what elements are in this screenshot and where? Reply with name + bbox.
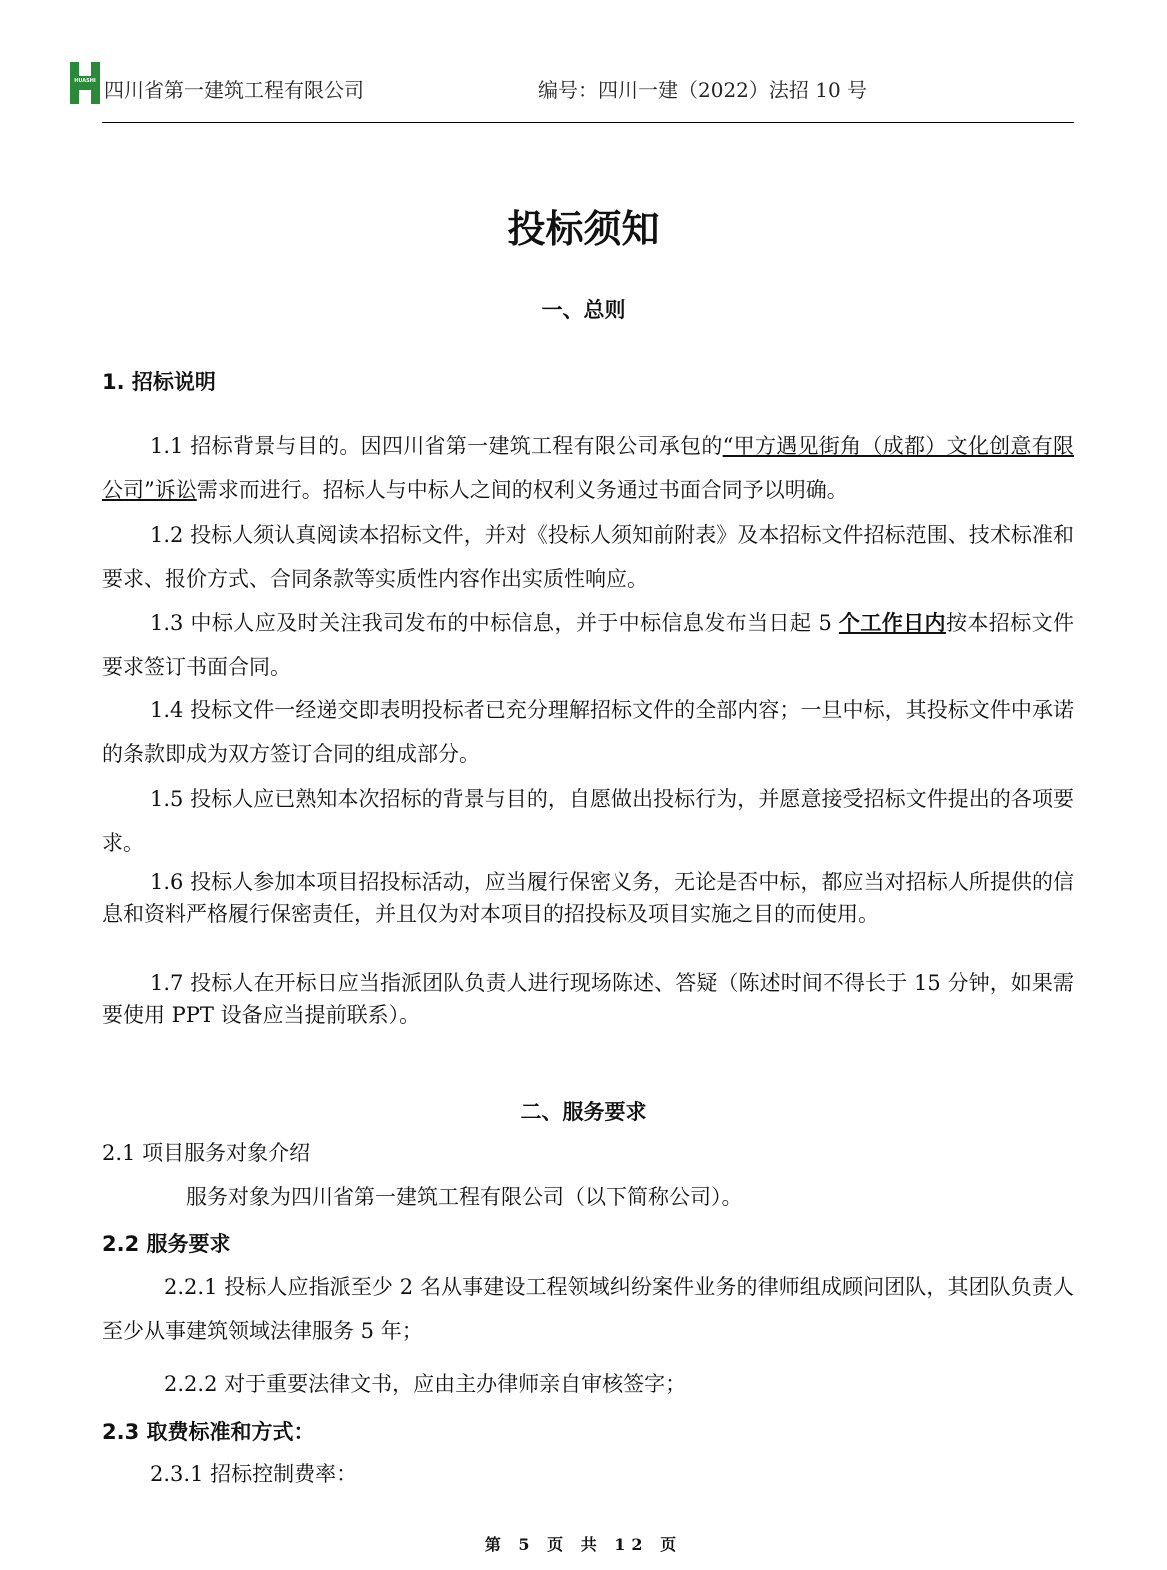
clause-1-6: 1.6 投标人参加本项目招投标活动，应当履行保密义务，无论是否中标，都应当对招标… [102, 866, 1074, 930]
section-1-heading: 一、总则 [0, 294, 1167, 324]
clause-1-5: 1.5 投标人应已熟知本次招标的背景与目的，自愿做出投标行为，并愿意接受招标文件… [102, 777, 1074, 865]
deadline-emphasis: 个工作日内 [839, 611, 946, 635]
clause-2-3-title: 2.3 取费标准和方式： [102, 1416, 315, 1446]
section-2-heading: 二、服务要求 [0, 1096, 1167, 1126]
clause-1-3: 1.3 中标人应及时关注我司发布的中标信息，并于中标信息发布当日起 5 个工作日… [102, 601, 1074, 689]
header-company: 四川省第一建筑工程有限公司 [104, 74, 364, 103]
logo-text: HUASHI [70, 78, 100, 84]
clause-1-2: 1.2 投标人须认真阅读本招标文件，并对《投标人须知前附表》及本招标文件招标范围… [102, 513, 1074, 601]
page-number: 第 5 页 共 12 页 [0, 1532, 1167, 1555]
company-logo: HUASHI [70, 62, 100, 104]
clause-2-2-1: 2.2.1 投标人应指派至少 2 名从事建设工程领域纠纷案件业务的律师组成顾问团… [102, 1265, 1074, 1353]
clause-2-2-title: 2.2 服务要求 [102, 1228, 231, 1258]
header-divider [102, 122, 1074, 123]
header-doc-number: 编号：四川一建（2022）法招 10 号 [538, 74, 867, 103]
clause-1-1: 1.1 招标背景与目的。因四川省第一建筑工程有限公司承包的“甲方遇见街角（成都）… [102, 424, 1074, 512]
clause-2-1-text: 服务对象为四川省第一建筑工程有限公司（以下简称公司）。 [186, 1175, 1066, 1219]
clause-1-4: 1.4 投标文件一经递交即表明投标者已充分理解招标文件的全部内容；一旦中标，其投… [102, 688, 1074, 776]
clause-1-7: 1.7 投标人在开标日应当指派团队负责人进行现场陈述、答疑（陈述时间不得长于 1… [102, 967, 1074, 1031]
page-title: 投标须知 [0, 198, 1167, 253]
clause-2-2-2: 2.2.2 对于重要法律文书，应由主办律师亲自审核签字； [164, 1362, 1064, 1406]
clause-2-3-1: 2.3.1 招标控制费率： [150, 1452, 1050, 1496]
clause-2-1-title: 2.1 项目服务对象介绍 [102, 1131, 1074, 1175]
subheading-bid-explanation: 1. 招标说明 [102, 366, 216, 396]
